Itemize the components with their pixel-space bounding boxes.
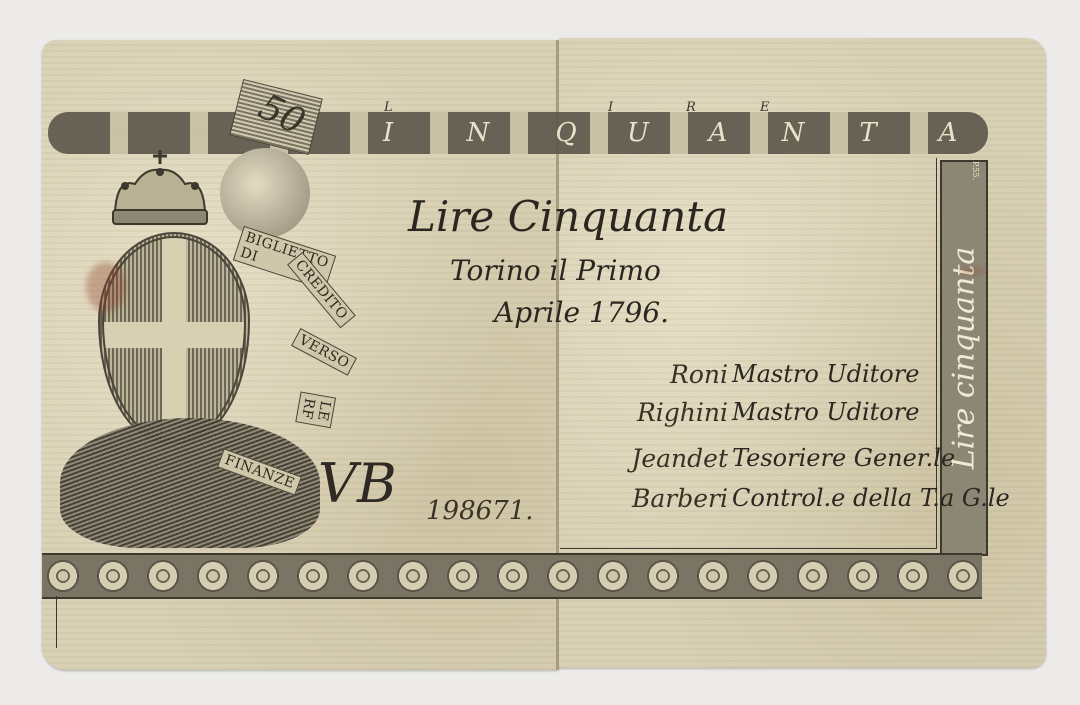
band-small-letter: L [384,100,393,115]
band-small-letter: I [608,100,613,115]
cherub-engraving [220,148,310,238]
signature-title: Mastro Uditore [732,398,919,426]
top-lettered-band: C I N Q U A N T A [48,112,988,154]
signature-row: Barberi Control.e della T.a G.le [560,484,940,518]
signature-row: Righini Mastro Uditore [560,398,940,432]
signature-name: Righini [637,398,728,427]
band-letter: U [618,118,658,148]
signature-name: Roni [670,360,728,389]
crown-icon [105,150,215,230]
band-letter: N [458,118,498,148]
signature-name: Barberi [632,484,728,513]
band-letter: A [928,118,968,148]
left-frame-line [56,596,57,648]
ink-stain [960,268,986,274]
band-letter: N [773,118,813,148]
band-letter: Q [546,118,586,148]
bottom-rosette-band [42,553,982,599]
band-letter: I [368,118,408,148]
band-letter: T [848,118,888,148]
ink-stain [86,262,126,312]
signature-name: Jeandet [631,444,728,473]
vertical-band-text: Lire cinquanta [947,247,982,470]
band-letter: A [698,118,738,148]
issue-place: Torino il Primo [450,254,661,287]
savoy-cross-shield [98,232,250,444]
signature-row: Jeandet Tesoriere Gener.le [560,444,940,478]
band-small-letter: R [686,100,696,115]
signature-title: Control.e della T.a G.le [732,484,1010,512]
band-small-letter: E [760,100,770,115]
denomination-title: Lire Cinquanta [408,192,728,241]
issue-date: Aprile 1796. [494,296,669,329]
coat-of-arms-emblem: 50 BIGLIETTO DI CREDITO VERSO LE RF FINA… [60,150,310,550]
cross-horizontal [104,322,244,348]
plate-mark: P.55. [971,161,980,180]
signature-row: Roni Mastro Uditore [560,360,940,394]
signature-title: Tesoriere Gener.le [732,444,955,472]
signature-title: Mastro Uditore [732,360,919,388]
monogram-text: VB [318,452,397,515]
ribbon-text: LE RF [295,391,336,428]
denomination-numeral: 50 [252,86,311,143]
serial-number: 198671. [426,496,534,526]
